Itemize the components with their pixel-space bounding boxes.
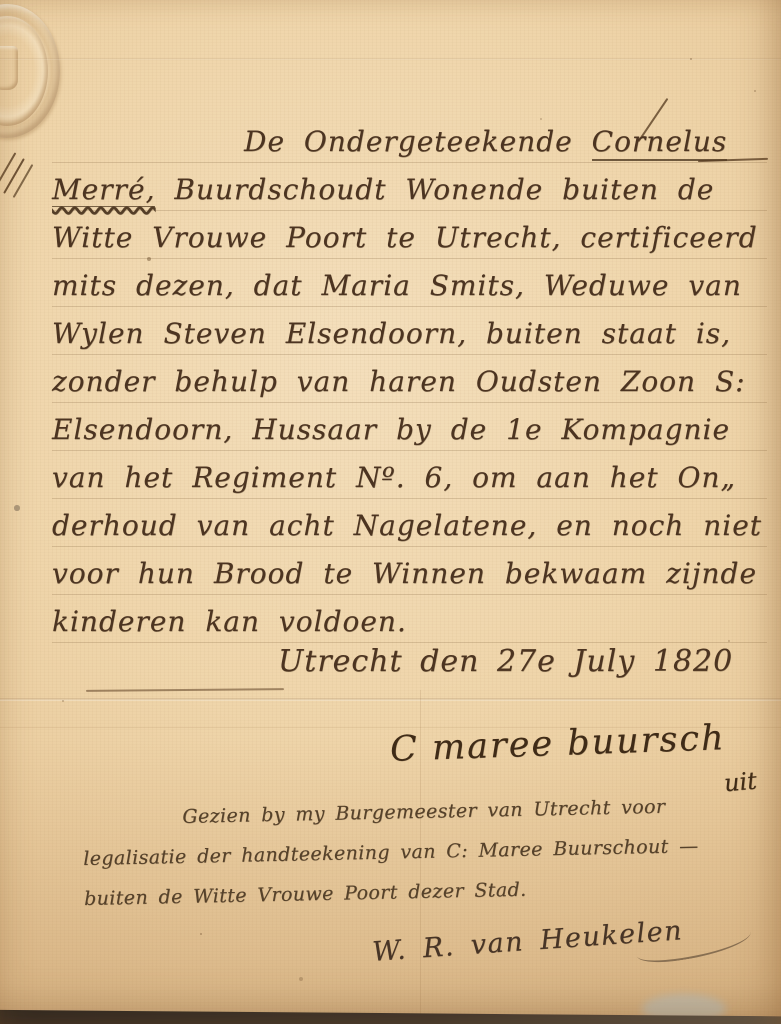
line-text: kinderen kan voldoen. — [52, 605, 407, 638]
dateline-rule — [86, 688, 284, 692]
manuscript-line: Elsendoorn, Hussaar by de 1e Kompagnie — [52, 406, 767, 454]
line-text: derhoud van acht Nagelatene, en noch nie… — [52, 509, 762, 542]
scanned-document: De Ondergeteekende Cornelus Merré, Buurd… — [0, 0, 781, 1024]
line-text: voor hun Brood te Winnen bekwaam zijnde — [52, 557, 757, 590]
line-text: Elsendoorn, Hussaar by de 1e Kompagnie — [52, 413, 730, 446]
manuscript-line: mits dezen, dat Maria Smits, Weduwe van — [52, 262, 767, 310]
manuscript-line: Witte Vrouwe Poort te Utrecht, certifice… — [52, 214, 767, 262]
manuscript-line: kinderen kan voldoen. — [52, 598, 767, 646]
legalization-note: Gezien by my Burgemeester van Utrecht vo… — [82, 786, 700, 919]
manuscript-line: Merré, Buurdschoudt Wonende buiten de — [52, 166, 767, 214]
line-text: buiten de Witte Vrouwe Poort dezer Stad. — [84, 879, 527, 910]
line-text: legalisatie der handteekening van C: Mar… — [83, 835, 699, 870]
manuscript-line: derhoud van acht Nagelatene, en noch nie… — [52, 502, 767, 550]
line-text: zonder behulp van haren Oudsten Zoon S: — [52, 365, 746, 398]
dateline: Utrecht den 27e July 1820 — [278, 644, 733, 679]
line-text: De Ondergeteekende — [244, 125, 592, 158]
signature-maree: C maree buursch — [389, 718, 726, 770]
paper-specks — [0, 0, 2, 2]
line-text: Wylen Steven Elsendoorn, buiten staat is… — [52, 317, 731, 350]
fold-crease — [0, 698, 781, 701]
manuscript-line: voor hun Brood te Winnen bekwaam zijnde — [52, 550, 767, 598]
signature-maree-tail: uit — [723, 767, 758, 798]
line-text: van het Regiment Nº. 6, om aan het On„ — [52, 461, 736, 494]
line-text: Witte Vrouwe Poort te Utrecht, certifice… — [52, 221, 758, 254]
certificate-body: De Ondergeteekende Cornelus Merré, Buurd… — [52, 118, 767, 646]
line-text: Buurdschoudt Wonende buiten de — [155, 173, 714, 206]
manuscript-line: De Ondergeteekende Cornelus — [52, 118, 767, 166]
manuscript-line: van het Regiment Nº. 6, om aan het On„ — [52, 454, 767, 502]
manuscript-line: Wylen Steven Elsendoorn, buiten staat is… — [52, 310, 767, 358]
underlined-name: Cornelus — [592, 125, 728, 161]
embossed-seal-icon — [0, 4, 60, 138]
line-text: Gezien by my Burgemeester van Utrecht vo… — [182, 796, 665, 828]
line-text: mits dezen, dat Maria Smits, Weduwe van — [52, 269, 742, 302]
manuscript-line: zonder behulp van haren Oudsten Zoon S: — [52, 358, 767, 406]
underlined-name: Merré, — [52, 173, 155, 207]
margin-pen-stroke — [3, 158, 25, 194]
fold-crease — [0, 58, 781, 60]
